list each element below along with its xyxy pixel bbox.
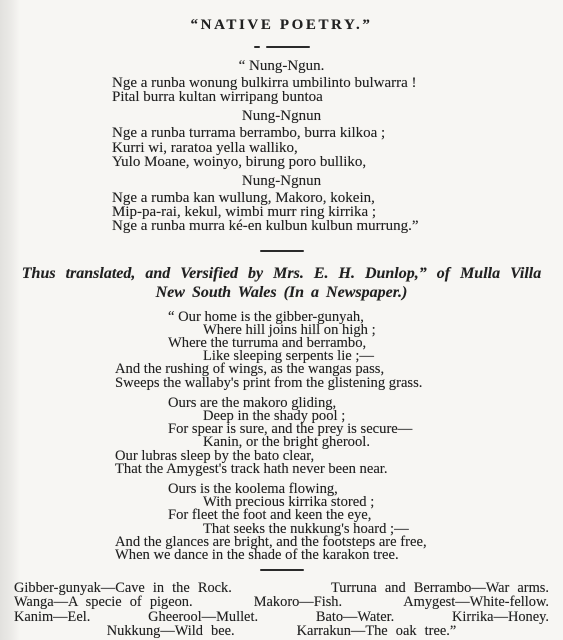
glossary-entry: Turruna and Berrambo—War arms.	[331, 581, 549, 595]
english-poem: “ Our home is the gibber-gunyah, Where h…	[0, 311, 563, 563]
glossary-entry: Bato—Water.	[316, 610, 394, 624]
glossary-row: Nukkung—Wild bee. Karrakun—The oak tree.…	[14, 624, 549, 638]
section-divider	[0, 46, 563, 48]
divider-rule	[260, 569, 304, 571]
poem-line: Mip-pa-rai, kekul, wimbi murr ring kirri…	[112, 205, 563, 219]
native-stanza-2: Nung-Ngnun Nge a runba turrama berrambo,…	[0, 109, 563, 169]
poem-line: Nge a rumba kan wullung, Makoro, kokein,	[112, 191, 563, 205]
glossary-entry: Kanim—Eel.	[14, 610, 90, 624]
glossary-entry: Karrakun—The oak tree.”	[297, 624, 457, 638]
glossary-entry: Amygest—White-fellow.	[403, 595, 549, 609]
translation-note-line: Thus translated, and Versified by Mrs. E…	[0, 264, 563, 283]
poem-line: Kurri wi, raratoa yella walliko,	[112, 141, 563, 155]
glossary-entry: Kirrika—Honey.	[452, 610, 549, 624]
poem-line: Nge a runba wonung bulkirra umbilinto bu…	[112, 76, 563, 90]
poem-line: Pital burra kultan wirripang buntoa	[112, 90, 563, 104]
english-stanza-3: Ours is the koolema flowing, With precio…	[0, 483, 563, 562]
glossary-entry: Gheerool—Mullet.	[148, 610, 258, 624]
divider-rule	[266, 46, 310, 48]
stanza-heading: Nung-Ngnun	[0, 174, 563, 189]
native-stanza-3: Nung-Ngnun Nge a rumba kan wullung, Mako…	[0, 174, 563, 234]
section-divider	[0, 569, 563, 571]
glossary: Gibber-gunyak—Cave in the Rock. Turruna …	[0, 581, 563, 638]
poem-line: Yulo Moane, woinyo, birung poro bulliko,	[112, 155, 563, 169]
poem-line: That the Amygest's track hath never been…	[115, 463, 563, 476]
page-title: “NATIVE POETRY.”	[0, 0, 563, 33]
english-stanza-1: “ Our home is the gibber-gunyah, Where h…	[0, 311, 563, 390]
poem-line: Nge a runba murra ké-en kulbun kulbun mu…	[112, 219, 563, 233]
section-divider	[0, 250, 563, 252]
stanza-heading: Nung-Ngnun	[0, 109, 563, 124]
glossary-entry: Nukkung—Wild bee.	[107, 624, 235, 638]
glossary-row: Wanga—A specie of pigeon. Makoro—Fish. A…	[14, 595, 549, 609]
glossary-row: Kanim—Eel. Gheerool—Mullet. Bato—Water. …	[14, 610, 549, 624]
divider-rule	[260, 250, 304, 252]
poem-line: Nge a runba turrama berrambo, burra kilk…	[112, 126, 563, 140]
scanned-document-page: “NATIVE POETRY.” “ Nung-Ngun. Nge a runb…	[0, 0, 563, 640]
divider-dash	[254, 46, 260, 48]
poem-line: Sweeps the wallaby's print from the glis…	[115, 377, 563, 390]
stanza-heading: “ Nung-Ngun.	[0, 59, 563, 74]
poem-line: When we dance in the shade of the karako…	[115, 549, 563, 562]
translation-note: Thus translated, and Versified by Mrs. E…	[0, 264, 563, 302]
native-poem: “ Nung-Ngun. Nge a runba wonung bulkirra…	[0, 59, 563, 234]
english-stanza-2: Ours are the makoro gliding, Deep in the…	[0, 397, 563, 476]
glossary-row: Gibber-gunyak—Cave in the Rock. Turruna …	[14, 581, 549, 595]
glossary-entry: Makoro—Fish.	[254, 595, 342, 609]
glossary-entry: Wanga—A specie of pigeon.	[14, 595, 193, 609]
translation-note-line: New South Wales (In a Newspaper.)	[0, 283, 563, 302]
native-stanza-1: “ Nung-Ngun. Nge a runba wonung bulkirra…	[0, 59, 563, 104]
glossary-entry: Gibber-gunyak—Cave in the Rock.	[14, 581, 232, 595]
